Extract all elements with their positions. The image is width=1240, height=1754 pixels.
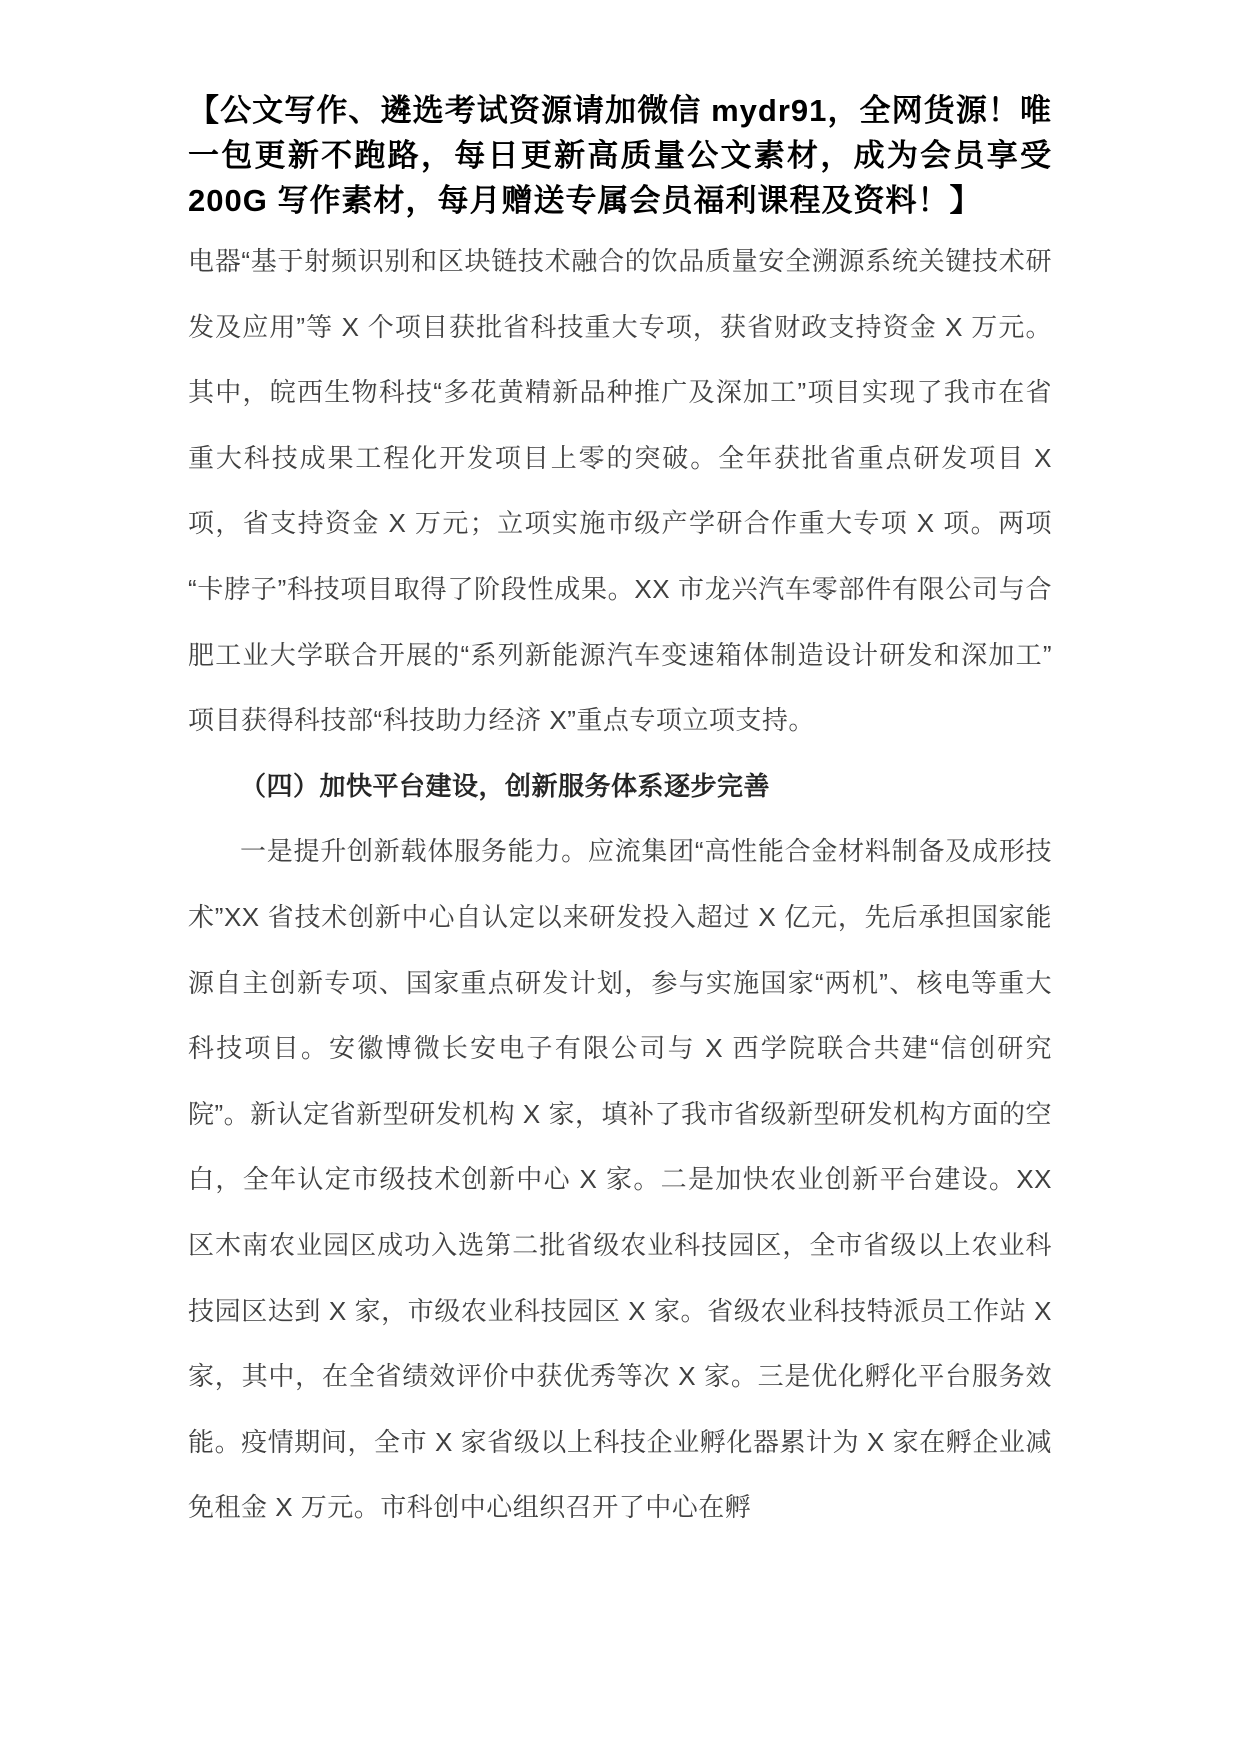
paragraph-body: 一是提升创新载体服务能力。应流集团“高性能合金材料制备及成形技术”XX 省技术创… [188, 819, 1052, 1541]
promo-header-text: 【公文写作、遴选考试资源请加微信 mydr91，全网货源！唯一包更新不跑路，每日… [188, 88, 1052, 223]
paragraph-continuation: 电器“基于射频识别和区块链技术融合的饮品质量安全溯源系统关键技术研发及应用”等 … [188, 229, 1052, 754]
section-heading: （四）加快平台建设，创新服务体系逐步完善 [188, 754, 1052, 820]
document-page: 【公文写作、遴选考试资源请加微信 mydr91，全网货源！唯一包更新不跑路，每日… [0, 0, 1240, 1754]
